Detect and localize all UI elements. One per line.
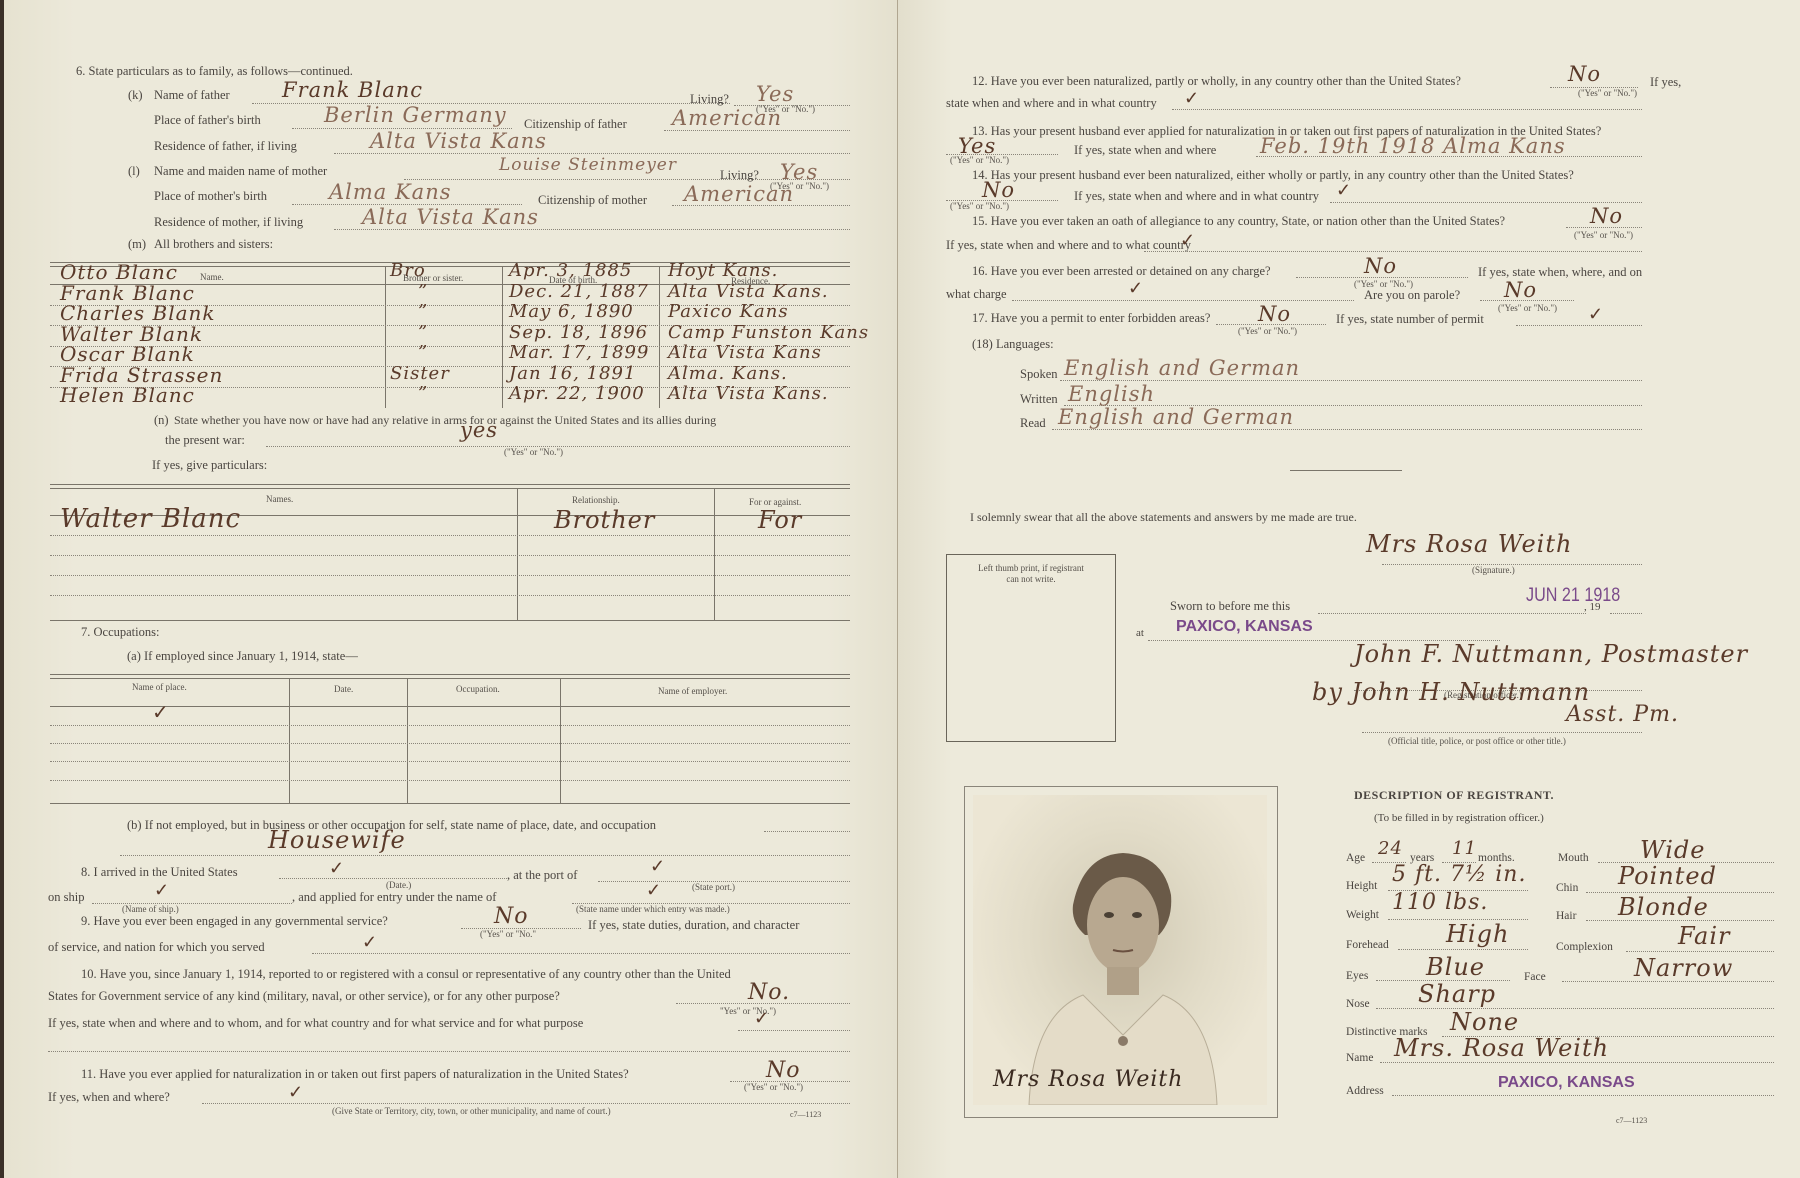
relatives-header-names: Names. bbox=[266, 494, 293, 504]
mother-citizenship-value: American bbox=[684, 182, 794, 206]
q12-hint: ("Yes" or "No.") bbox=[1578, 88, 1637, 98]
oath-text: I solemnly swear that all the above stat… bbox=[970, 510, 1357, 525]
face-label: Face bbox=[1524, 971, 1546, 983]
name-label: Name bbox=[1346, 1052, 1373, 1064]
occupations-header-employer: Name of employer. bbox=[658, 686, 727, 696]
relative-name: Walter Blanc bbox=[60, 504, 241, 534]
mother-birth-label: Place of mother's birth bbox=[154, 189, 267, 204]
q8-text-arrived: 8. I arrived in the United States bbox=[81, 865, 238, 880]
q14-text: 14. Has your present husband ever been n… bbox=[972, 168, 1574, 183]
q17-answer: No bbox=[1258, 302, 1291, 326]
q16-charge-check: ✓ bbox=[1128, 278, 1143, 299]
q16-text: 16. Have you ever been arrested or detai… bbox=[972, 264, 1271, 279]
relatives-question-cont: the present war: bbox=[165, 433, 245, 448]
q9-hint: ("Yes" or "No." bbox=[480, 929, 536, 939]
q6-header: 6. State particulars as to family, as fo… bbox=[76, 64, 353, 79]
officer-line-1: John F. Nuttmann, Postmaster bbox=[1354, 640, 1748, 668]
q16-text-ifyes: If yes, state when, where, and on bbox=[1478, 265, 1642, 280]
height-label: Height bbox=[1346, 880, 1377, 892]
father-residence-value: Alta Vista Kans bbox=[370, 129, 547, 153]
sibling-cell: Apr. 3, 1885 bbox=[509, 260, 632, 281]
address-label: Address bbox=[1346, 1085, 1384, 1097]
q8-entry-check: ✓ bbox=[646, 880, 661, 901]
nose-value: Sharp bbox=[1418, 980, 1496, 1008]
thumb-print-box: Left thumb print, if registrant can not … bbox=[946, 554, 1116, 742]
q17-permit-check: ✓ bbox=[1588, 304, 1603, 325]
q9-text-duties: If yes, state duties, duration, and char… bbox=[588, 918, 799, 933]
officer-title: Asst. Pm. bbox=[1566, 702, 1679, 727]
official-title-hint: (Official title, police, or post office … bbox=[1388, 736, 1566, 746]
hair-label: Hair bbox=[1556, 910, 1576, 922]
mother-name-value: Louise Steinmeyer bbox=[499, 155, 677, 175]
languages-read-value: English and German bbox=[1058, 405, 1294, 429]
signature-hint: (Signature.) bbox=[1472, 565, 1515, 575]
mother-marker: (l) bbox=[128, 164, 140, 179]
sibling-cell: ” bbox=[418, 322, 428, 343]
q9-text-service: of service, and nation for which you ser… bbox=[48, 940, 265, 955]
q15-country-check: ✓ bbox=[1180, 230, 1195, 251]
father-name-value: Frank Blanc bbox=[282, 78, 423, 102]
q14-country-check: ✓ bbox=[1336, 180, 1351, 201]
right-form-number: c7—1123 bbox=[1616, 1116, 1647, 1125]
sibling-cell: ” bbox=[418, 383, 428, 404]
portrait-illustration bbox=[973, 795, 1267, 1105]
occupations-header-place: Name of place. bbox=[132, 682, 187, 692]
q16-parole-hint: ("Yes" or "No.") bbox=[1498, 303, 1557, 313]
siblings-header-name: Name. bbox=[200, 272, 224, 282]
mouth-value: Wide bbox=[1640, 836, 1706, 864]
sibling-cell: Alta Vista Kans bbox=[668, 342, 822, 363]
sibling-cell: Dec. 21, 1887 bbox=[509, 281, 649, 302]
q15-text: 15. Have you ever taken an oath of alleg… bbox=[972, 214, 1505, 229]
mother-residence-label: Residence of mother, if living bbox=[154, 215, 303, 230]
nose-label: Nose bbox=[1346, 998, 1370, 1010]
q11-where-check: ✓ bbox=[288, 1082, 303, 1103]
forehead-label: Forehead bbox=[1346, 939, 1389, 951]
relatives-particulars-label: If yes, give particulars: bbox=[152, 458, 267, 473]
relatives-marker: (n) bbox=[154, 413, 169, 428]
q10-text-2: States for Government service of any kin… bbox=[48, 989, 560, 1004]
sworn-label: Sworn to before me this bbox=[1170, 599, 1290, 614]
q8-text-port: , at the port of bbox=[507, 868, 577, 883]
father-name-label: Name of father bbox=[154, 88, 230, 103]
right-page: 12. Have you ever been naturalized, part… bbox=[898, 0, 1800, 1178]
sibling-cell: Mar. 17, 1899 bbox=[509, 342, 649, 363]
left-page: 6. State particulars as to family, as fo… bbox=[0, 0, 898, 1178]
q8-entry-hint: (State name under which entry was made.) bbox=[576, 904, 730, 914]
occupations-b-value: Housewife bbox=[268, 826, 406, 854]
q8-port-hint: (State port.) bbox=[692, 882, 735, 892]
chin-label: Chin bbox=[1556, 882, 1578, 894]
q8-ship-check: ✓ bbox=[154, 880, 169, 901]
registrant-signature: Mrs Rosa Weith bbox=[1366, 530, 1572, 558]
q16-text-charge: what charge bbox=[946, 287, 1007, 302]
q12-text-ifyes: If yes, bbox=[1650, 75, 1681, 90]
father-living-value: Yes bbox=[756, 82, 794, 106]
q9-service-check: ✓ bbox=[362, 932, 377, 953]
chin-value: Pointed bbox=[1618, 862, 1717, 890]
q8-date-check: ✓ bbox=[329, 858, 344, 879]
sibling-cell: May 6, 1890 bbox=[509, 301, 634, 322]
address-stamp: PAXICO, KANSAS bbox=[1498, 1074, 1635, 1092]
occupation-check-mark: ✓ bbox=[152, 700, 169, 725]
q8-ship-hint: (Name of ship.) bbox=[122, 904, 179, 914]
q8-text-ship: on ship bbox=[48, 890, 84, 905]
q8-port-check: ✓ bbox=[650, 856, 665, 877]
father-living-label: Living? bbox=[690, 92, 729, 107]
left-form-number: c7—1123 bbox=[790, 1110, 821, 1119]
registrant-photo bbox=[973, 795, 1267, 1105]
q13-text-when: If yes, state when and where bbox=[1074, 143, 1216, 158]
father-citizenship-value: American bbox=[672, 106, 782, 130]
mother-living-label: Living? bbox=[720, 168, 759, 183]
mother-residence-value: Alta Vista Kans bbox=[362, 205, 539, 229]
forehead-value: High bbox=[1446, 920, 1509, 948]
q10-purpose-check: ✓ bbox=[754, 1008, 769, 1029]
occupations-a-label: (a) If employed since January 1, 1914, s… bbox=[127, 649, 358, 664]
q14-answer: No bbox=[982, 178, 1015, 202]
at-label: at bbox=[1136, 627, 1144, 639]
q17-text: 17. Have you a permit to enter forbidden… bbox=[972, 311, 1210, 326]
q10-answer: No. bbox=[748, 980, 790, 1005]
photo-frame: Mrs Rosa Weith bbox=[964, 786, 1278, 1118]
q14-hint: ("Yes" or "No.") bbox=[950, 201, 1009, 211]
sibling-cell: Paxico Kans bbox=[668, 301, 789, 322]
eyes-value: Blue bbox=[1426, 953, 1485, 981]
q10-text-3: If yes, state when and where and to whom… bbox=[48, 1016, 583, 1031]
officer-line-2: by John H. Nuttmann bbox=[1312, 678, 1590, 706]
q10-text-1: 10. Have you, since January 1, 1914, rep… bbox=[81, 967, 731, 982]
eyes-label: Eyes bbox=[1346, 970, 1368, 982]
thumb-print-label: Left thumb print, if registrant can not … bbox=[971, 563, 1091, 585]
q16-parole-label: Are you on parole? bbox=[1364, 288, 1460, 303]
sibling-cell: Helen Blanc bbox=[60, 383, 195, 407]
description-title: DESCRIPTION OF REGISTRANT. bbox=[1354, 788, 1554, 803]
occupations-header-occupation: Occupation. bbox=[456, 684, 500, 694]
siblings-label: All brothers and sisters: bbox=[154, 237, 273, 252]
weight-label: Weight bbox=[1346, 909, 1379, 921]
q16-parole-answer: No bbox=[1504, 278, 1537, 302]
occupations-header: 7. Occupations: bbox=[81, 625, 159, 640]
hair-value: Blonde bbox=[1618, 893, 1709, 921]
complexion-label: Complexion bbox=[1556, 941, 1613, 953]
relative-for-against: For bbox=[758, 506, 802, 534]
q12-answer: No bbox=[1568, 62, 1601, 86]
q13-when-where: Feb. 19th 1918 Alma Kans bbox=[1260, 134, 1566, 158]
age-months: 11 bbox=[1452, 838, 1477, 859]
father-marker: (k) bbox=[128, 88, 143, 103]
sworn-year-suffix: , 19 bbox=[1584, 601, 1601, 613]
name-value: Mrs. Rosa Weith bbox=[1394, 1034, 1609, 1062]
sibling-cell: Alta Vista Kans. bbox=[668, 281, 829, 302]
age-years: 24 bbox=[1378, 838, 1403, 859]
q17-hint: ("Yes" or "No.") bbox=[1238, 326, 1297, 336]
q11-text-where: If yes, when and where? bbox=[48, 1090, 170, 1105]
languages-written-label: Written bbox=[1020, 392, 1058, 407]
q11-text: 11. Have you ever applied for naturaliza… bbox=[81, 1067, 629, 1082]
marks-value: None bbox=[1450, 1008, 1519, 1036]
q12-text: 12. Have you ever been naturalized, part… bbox=[972, 74, 1461, 89]
q12-text-country: state when and where and in what country bbox=[946, 96, 1157, 111]
languages-spoken-label: Spoken bbox=[1020, 367, 1058, 382]
father-birth-value: Berlin Germany bbox=[324, 103, 507, 127]
location-stamp: PAXICO, KANSAS bbox=[1176, 618, 1313, 636]
sibling-cell: Bro bbox=[390, 260, 426, 281]
q11-answer: No bbox=[766, 1058, 801, 1083]
q15-answer: No bbox=[1590, 204, 1623, 228]
languages-written-value: English bbox=[1068, 382, 1155, 406]
q9-answer: No bbox=[494, 904, 529, 929]
languages-spoken-value: English and German bbox=[1064, 356, 1300, 380]
relatives-question: State whether you have now or have had a… bbox=[174, 413, 716, 428]
age-label: Age bbox=[1346, 852, 1365, 864]
relative-relationship: Brother bbox=[554, 506, 655, 534]
relatives-answer: yes bbox=[460, 418, 498, 442]
q14-text-when: If yes, state when and where and in what… bbox=[1074, 189, 1319, 204]
q8-text-entry: , and applied for entry under the name o… bbox=[292, 890, 496, 905]
q17-text-permit: If yes, state number of permit bbox=[1336, 312, 1484, 327]
height-value: 5 ft. 7½ in. bbox=[1392, 862, 1526, 887]
mouth-label: Mouth bbox=[1558, 852, 1589, 864]
photo-caption: Mrs Rosa Weith bbox=[993, 1067, 1183, 1092]
sibling-cell: Hoyt Kans. bbox=[668, 260, 778, 281]
father-birth-label: Place of father's birth bbox=[154, 113, 261, 128]
sibling-cell: Alta Vista Kans. bbox=[668, 383, 829, 404]
father-residence-label: Residence of father, if living bbox=[154, 139, 297, 154]
weight-value: 110 lbs. bbox=[1392, 890, 1488, 915]
sibling-cell: ” bbox=[418, 301, 428, 322]
sibling-cell: Jan 16, 1891 bbox=[509, 363, 636, 384]
sibling-cell: ” bbox=[418, 342, 428, 363]
face-value: Narrow bbox=[1634, 954, 1733, 982]
languages-read-label: Read bbox=[1020, 416, 1046, 431]
q16-answer: No bbox=[1364, 254, 1397, 278]
q13-hint: ("Yes" or "No.") bbox=[950, 155, 1009, 165]
sibling-cell: Sep. 18, 1896 bbox=[509, 322, 648, 343]
siblings-marker: (m) bbox=[128, 237, 146, 252]
q12-country-check: ✓ bbox=[1184, 88, 1199, 109]
sworn-date-stamp: JUN 21 1918 bbox=[1526, 585, 1620, 607]
mother-name-label: Name and maiden name of mother bbox=[154, 164, 327, 179]
sibling-cell: Sister bbox=[390, 363, 450, 384]
q11-court-hint: (Give State or Territory, city, town, or… bbox=[332, 1106, 611, 1116]
complexion-value: Fair bbox=[1678, 922, 1730, 950]
relatives-hint: ("Yes" or "No.") bbox=[504, 447, 563, 457]
sibling-cell: Alma. Kans. bbox=[668, 363, 788, 384]
q8-date-hint: (Date.) bbox=[386, 880, 411, 890]
q11-hint: ("Yes" or "No.") bbox=[744, 1082, 803, 1092]
sibling-cell: ” bbox=[418, 281, 428, 302]
description-subtitle: (To be filled in by registration officer… bbox=[1374, 812, 1544, 824]
mother-birth-value: Alma Kans bbox=[329, 180, 452, 204]
q9-text: 9. Have you ever been engaged in any gov… bbox=[81, 914, 388, 929]
relatives-header-relationship: Relationship. bbox=[572, 495, 620, 505]
sibling-cell: Apr. 22, 1900 bbox=[509, 383, 645, 404]
sibling-cell: Camp Funston Kans bbox=[668, 322, 869, 343]
mother-citizenship-label: Citizenship of mother bbox=[538, 193, 647, 208]
languages-header: (18) Languages: bbox=[972, 337, 1054, 352]
occupations-header-date: Date. bbox=[334, 684, 353, 694]
q15-hint: ("Yes" or "No.") bbox=[1574, 230, 1633, 240]
